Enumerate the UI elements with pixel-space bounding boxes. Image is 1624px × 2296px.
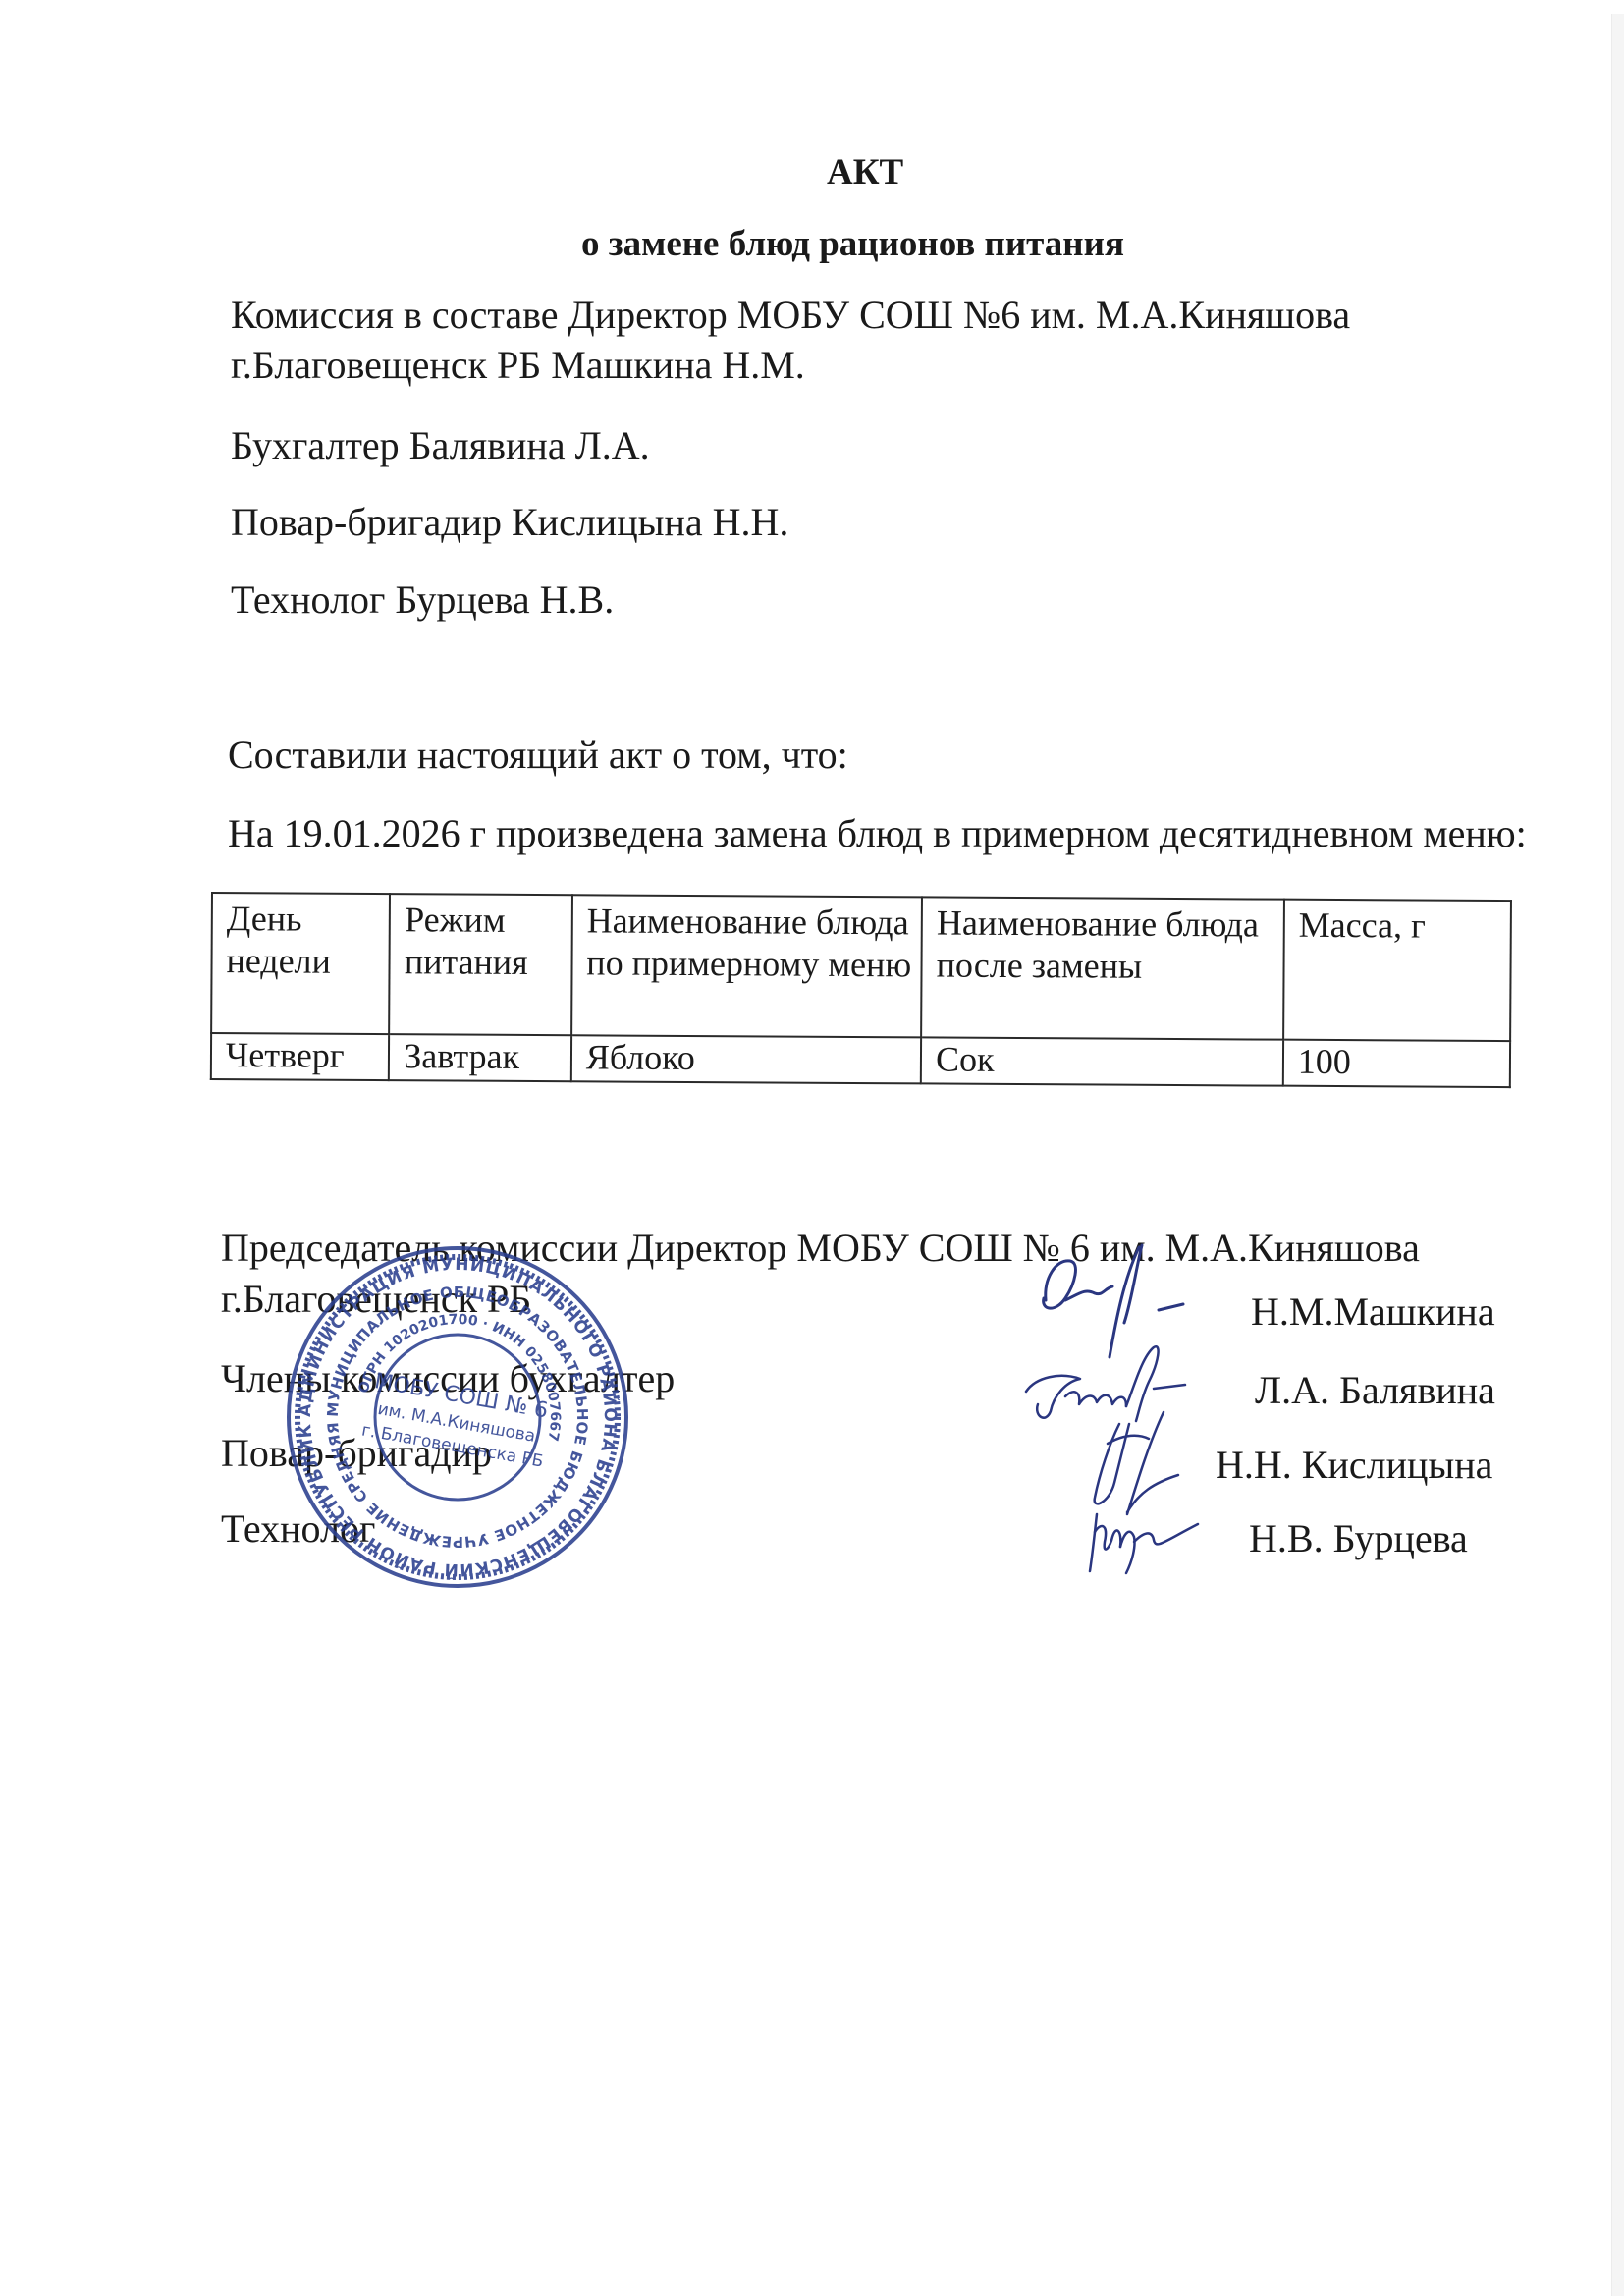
chair-name: Н.М.Машкина (1251, 1292, 1495, 1332)
cell-day: Четверг (211, 1033, 390, 1080)
cell-meal: Завтрак (389, 1034, 571, 1081)
member-cook: Повар-бригадир Кислицына Н.Н. (231, 503, 788, 542)
signature-accountant-icon (1016, 1338, 1203, 1446)
cell-original-dish: Яблоко (571, 1035, 922, 1083)
member-technologist: Технолог Бурцева Н.В. (231, 580, 614, 620)
accountant-name: Л.А. Балявина (1255, 1371, 1495, 1410)
header-meal: Режим питания (389, 894, 571, 1035)
signature-technologist-icon (1075, 1503, 1203, 1581)
header-original-dish: Наименование блюда по примерному меню (571, 895, 922, 1037)
commission-line-1: Комиссия в составе Директор МОБУ СОШ №6 … (231, 296, 1350, 335)
document-subtitle: о замене блюд рационов питания (581, 226, 1124, 262)
technologist-label: Технолог (221, 1509, 375, 1549)
cell-replacement-dish: Сок (921, 1037, 1283, 1085)
cook-label: Повар-бригадир (221, 1434, 492, 1473)
statement-text: Составили настоящий акт о том, что: (228, 736, 848, 775)
member-accountant: Бухгалтер Балявина Л.А. (231, 426, 650, 465)
page-edge (1611, 14, 1624, 2296)
chair-label-line-1: Председатель комиссии Директор МОБУ СОШ … (221, 1229, 1420, 1268)
replacement-note: На 19.01.2026 г произведена замена блюд … (228, 814, 1527, 853)
cook-name: Н.Н. Кислицына (1216, 1446, 1492, 1485)
table-row: Четверг Завтрак Яблоко Сок 100 (211, 1033, 1510, 1087)
header-mass: Масса, г (1283, 900, 1511, 1041)
signature-cook-icon (1080, 1404, 1188, 1522)
header-day: День недели (211, 893, 390, 1034)
replacement-table: День недели Режим питания Наименование б… (210, 892, 1512, 1088)
header-replacement-dish: Наименование блюда после замены (921, 897, 1284, 1039)
chair-label-line-2: г.Благовещенск РБ (221, 1280, 531, 1319)
table-header-row: День недели Режим питания Наименование б… (211, 893, 1511, 1041)
technologist-name: Н.В. Бурцева (1249, 1519, 1468, 1558)
members-label: Члены комиссии бухгалтер (221, 1359, 675, 1398)
commission-line-2: г.Благовещенск РБ Машкина Н.М. (231, 346, 805, 385)
cell-mass: 100 (1283, 1040, 1510, 1088)
document-title: АКТ (827, 154, 903, 191)
